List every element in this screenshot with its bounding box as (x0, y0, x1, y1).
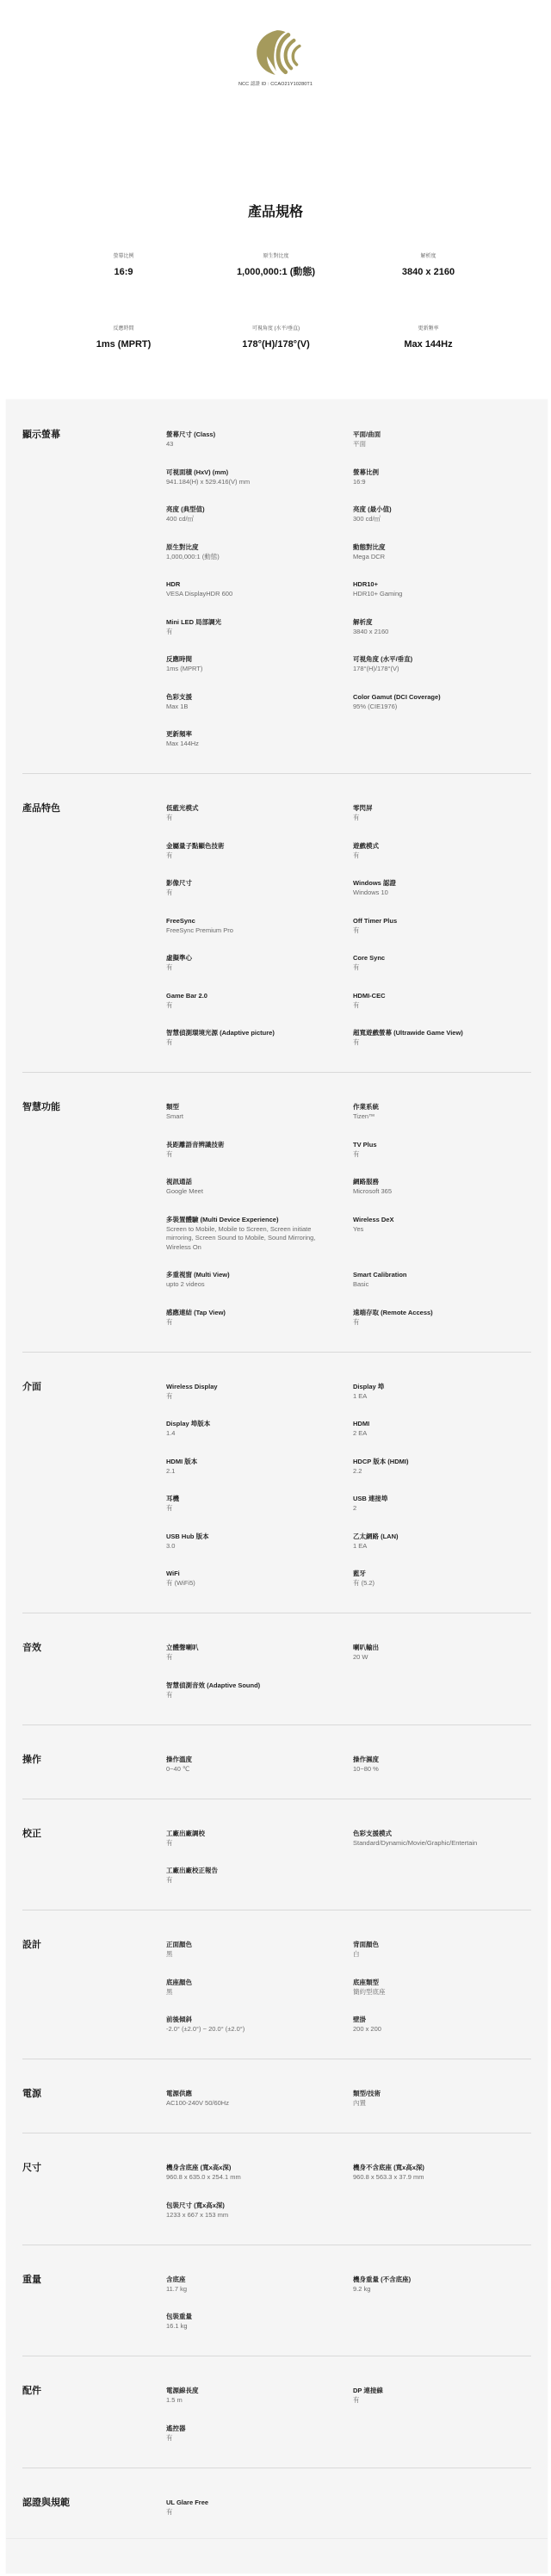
spec-value: 43 (166, 440, 325, 449)
spec-label: 超寬遊戲螢幕 (Ultrawide Game View) (353, 1027, 529, 1038)
section-title: 產品特色 (22, 802, 166, 1065)
spec-value: 1.4 (166, 1429, 325, 1439)
section-title: 操作 (22, 1754, 166, 1792)
spec-item: Display 埠版本1.4 (166, 1418, 353, 1439)
key-spec-value: 3840 x 2160 (352, 266, 505, 278)
spec-value: 有 (353, 1318, 512, 1328)
spec-label: 長距離語音辨識技術 (166, 1139, 353, 1150)
spec-value: 有 (353, 814, 512, 823)
spec-grid: 低藍光模式有 零閃屏有 金屬量子點顯色技術有 遊戲模式有 影像尺寸有 Windo… (166, 802, 529, 1065)
spec-label: Wireless DeX (353, 1214, 529, 1225)
spec-value: 960.8 x 635.0 x 254.1 mm (166, 2173, 325, 2183)
ncc-certification-id: NCC 認證 ID : CCAO21Y10280T1 (0, 81, 551, 88)
section-title: 校正 (22, 1828, 166, 1903)
spec-item: 背面顏色白 (353, 1939, 529, 1960)
section-dimensions: 尺寸 機身含底座 (寬x高x深)960.8 x 635.0 x 254.1 mm… (22, 2133, 531, 2245)
spec-grid: 工廠出廠調校有 色彩支援模式Standard/Dynamic/Movie/Gra… (166, 1828, 529, 1903)
section-design: 設計 正面顏色黑 背面顏色白 底座顏色黑 底座類型簡約型底座 前後傾斜-2.0°… (22, 1910, 531, 2059)
spec-value: 有 (166, 2508, 325, 2517)
spec-value: Screen to Mobile, Mobile to Screen, Scre… (166, 1225, 325, 1253)
spec-item: Wireless DeXYes (353, 1214, 529, 1235)
spec-label: Mini LED 局部調光 (166, 616, 353, 628)
spec-value: 941.184(H) x 529.416(V) mm (166, 478, 325, 487)
spec-value: 黑 (166, 1950, 325, 1960)
key-spec-label: 解析度 (352, 252, 505, 261)
spec-value: 內置 (353, 2099, 512, 2108)
spec-label: 虛擬準心 (166, 952, 353, 963)
key-spec-refresh-rate: 更新頻率 Max 144Hz (352, 325, 505, 350)
spec-item: UL Glare Free有 (166, 2497, 353, 2517)
spec-label: HDR10+ (353, 579, 529, 590)
key-spec-contrast: 原生對比度 1,000,000:1 (動態) (200, 252, 352, 278)
spec-label: 電源供應 (166, 2088, 353, 2099)
spec-item: 喇叭輸出20 W (353, 1642, 529, 1663)
spec-label: 壁掛 (353, 2014, 529, 2025)
spec-item: 色彩支援模式Standard/Dynamic/Movie/Graphic/Ent… (353, 1828, 529, 1848)
spec-value: Basic (353, 1280, 512, 1290)
section-title: 電源 (22, 2088, 166, 2126)
spec-item: 工廠出廠調校有 (166, 1828, 353, 1848)
spec-value: 有 (166, 889, 325, 898)
spec-value: -2.0° (±2.0°) ~ 20.0° (±2.0°) (166, 2025, 325, 2034)
spec-item: Mini LED 局部調光有 (166, 616, 353, 637)
spec-item: TV Plus有 (353, 1139, 529, 1160)
spec-item: 前後傾斜-2.0° (±2.0°) ~ 20.0° (±2.0°) (166, 2014, 353, 2034)
spec-item: 乙太網路 (LAN)1 EA (353, 1531, 529, 1551)
spec-item: HDRVESA DisplayHDR 600 (166, 579, 353, 599)
spec-value: 白 (353, 1950, 512, 1960)
spec-item: FreeSyncFreeSync Premium Pro (166, 915, 353, 936)
spec-item: 機身含底座 (寬x高x深)960.8 x 635.0 x 254.1 mm (166, 2162, 353, 2183)
spec-item: 智慧偵測環境光源 (Adaptive picture)有 (166, 1027, 353, 1048)
spec-value: 3.0 (166, 1542, 325, 1551)
spec-label: WiFi (166, 1568, 353, 1579)
spec-value: 95% (CIE1976) (353, 703, 512, 712)
spec-value: 有 (353, 1038, 512, 1048)
spec-item: 機身不含底座 (寬x高x深)960.8 x 563.3 x 37.9 mm (353, 2162, 529, 2183)
spec-label: 包裝尺寸 (寬x高x深) (166, 2200, 353, 2211)
spec-value: 有 (166, 1504, 325, 1514)
spec-item: HDMI2 EA (353, 1418, 529, 1439)
spec-value: 2 (353, 1504, 512, 1514)
spec-label: 前後傾斜 (166, 2014, 353, 2025)
spec-grid: Wireless Display有 Display 埠1 EA Display … (166, 1381, 529, 1606)
spec-item: Core Sync有 (353, 952, 529, 973)
spec-label: 原生對比度 (166, 542, 353, 553)
spec-item: 網路服務Microsoft 365 (353, 1176, 529, 1197)
spec-value: 200 x 200 (353, 2025, 512, 2034)
spec-value: Mega DCR (353, 553, 512, 562)
spec-item: Wireless Display有 (166, 1381, 353, 1402)
panel-bottom-divider (6, 2538, 548, 2539)
spec-value: 有 (353, 1001, 512, 1011)
spec-label: Core Sync (353, 952, 529, 963)
spec-value: 有 (166, 1691, 325, 1700)
spec-item: 含底座11.7 kg (166, 2274, 353, 2294)
spec-item: Color Gamut (DCI Coverage)95% (CIE1976) (353, 691, 529, 712)
spec-label: Display 埠版本 (166, 1418, 353, 1429)
spec-value: 有 (166, 1392, 325, 1402)
spec-label: 可視角度 (水平/垂直) (353, 653, 529, 665)
spec-label: HDMI-CEC (353, 990, 529, 1001)
spec-value: 2 EA (353, 1429, 512, 1439)
section-title: 音效 (22, 1642, 166, 1717)
spec-item: HDMI-CEC有 (353, 990, 529, 1011)
spec-grid: 螢幕尺寸 (Class)43 平面/曲面平面 可視面積 (HxV) (mm)94… (166, 429, 529, 766)
spec-item: 底座顏色黑 (166, 1977, 353, 1997)
spec-value: 3840 x 2160 (353, 628, 512, 637)
spec-value: Max 144Hz (166, 740, 325, 749)
key-spec-response-time: 反應時間 1ms (MPRT) (47, 325, 200, 350)
spec-value: 有 (WiFi5) (166, 1579, 325, 1588)
spec-label: 亮度 (典型值) (166, 504, 353, 515)
spec-label: 零閃屏 (353, 802, 529, 814)
section-operation: 操作 操作溫度0~40 ℃ 操作濕度10~80 % (22, 1725, 531, 1799)
section-weight: 重量 含底座11.7 kg 機身重量 (不含底座)9.2 kg 包裝重量16.1… (22, 2245, 531, 2356)
spec-value: 9.2 kg (353, 2285, 512, 2294)
key-spec-viewing-angle: 可視角度 (水平/垂直) 178°(H)/178°(V) (200, 325, 352, 350)
spec-item: USB 連接埠2 (353, 1493, 529, 1514)
spec-value: HDR10+ Gaming (353, 590, 512, 599)
spec-label: 影像尺寸 (166, 877, 353, 889)
spec-item: 作業系統Tizen™ (353, 1101, 529, 1122)
key-spec-value: Max 144Hz (352, 338, 505, 350)
spec-value: 16:9 (353, 478, 512, 487)
ncc-logo-icon (255, 29, 301, 76)
spec-value: 10~80 % (353, 1765, 512, 1774)
spec-value: VESA DisplayHDR 600 (166, 590, 325, 599)
spec-item: 機身重量 (不含底座)9.2 kg (353, 2274, 529, 2294)
spec-grid: 電源線長度1.5 m DP 連接線有 遙控器有 (166, 2385, 529, 2460)
spec-item: 金屬量子點顯色技術有 (166, 840, 353, 861)
spec-label: 類型/技術 (353, 2088, 529, 2099)
spec-item: 操作濕度10~80 % (353, 1754, 529, 1774)
spec-value: 有 (166, 1150, 325, 1160)
spec-item: 多重視窗 (Multi View)upto 2 videos (166, 1269, 353, 1290)
key-spec-resolution: 解析度 3840 x 2160 (352, 252, 505, 278)
spec-label: 包裝重量 (166, 2311, 353, 2322)
spec-label: Wireless Display (166, 1381, 353, 1392)
spec-label: 螢幕尺寸 (Class) (166, 429, 353, 440)
spec-label: 反應時間 (166, 653, 353, 665)
spec-value: 16.1 kg (166, 2322, 325, 2331)
section-audio: 音效 立體聲喇叭有 喇叭輸出20 W 智慧偵測音效 (Adaptive Soun… (22, 1613, 531, 1725)
spec-grid: 正面顏色黑 背面顏色白 底座顏色黑 底座類型簡約型底座 前後傾斜-2.0° (±… (166, 1939, 529, 2052)
spec-value: 1,000,000:1 (動態) (166, 553, 325, 562)
key-spec-value: 178°(H)/178°(V) (200, 338, 352, 350)
spec-label: 更新頻率 (166, 728, 353, 740)
spec-item: 影像尺寸有 (166, 877, 353, 898)
spec-grid: 電源供應AC100-240V 50/60Hz 類型/技術內置 (166, 2088, 529, 2126)
key-specs: 螢幕比例 16:9 原生對比度 1,000,000:1 (動態) 解析度 384… (47, 252, 505, 350)
spec-item: 包裝尺寸 (寬x高x深)1233 x 667 x 153 mm (166, 2200, 353, 2220)
spec-item: USB Hub 版本3.0 (166, 1531, 353, 1551)
spec-item: 零閃屏有 (353, 802, 529, 823)
spec-grid: 操作溫度0~40 ℃ 操作濕度10~80 % (166, 1754, 529, 1792)
key-spec-value: 1,000,000:1 (動態) (200, 266, 352, 278)
spec-panel: 顯示螢幕 螢幕尺寸 (Class)43 平面/曲面平面 可視面積 (HxV) (… (6, 399, 548, 2573)
spec-value: 平面 (353, 440, 512, 449)
spec-item: 平面/曲面平面 (353, 429, 529, 449)
spec-label: 平面/曲面 (353, 429, 529, 440)
section-accessories: 配件 電源線長度1.5 m DP 連接線有 遙控器有 (22, 2356, 531, 2468)
spec-label: Color Gamut (DCI Coverage) (353, 691, 529, 703)
spec-label: UL Glare Free (166, 2497, 353, 2508)
spec-item: 底座類型簡約型底座 (353, 1977, 529, 1997)
spec-value: 有 (166, 1318, 325, 1328)
section-certification: 認證與規範 UL Glare Free有 (22, 2468, 531, 2542)
spec-label: Display 埠 (353, 1381, 529, 1392)
spec-item: Off Timer Plus有 (353, 915, 529, 936)
spec-item: 低藍光模式有 (166, 802, 353, 823)
spec-label: 耳機 (166, 1493, 353, 1504)
spec-label: HDMI 版本 (166, 1456, 353, 1467)
spec-label: HDR (166, 579, 353, 590)
spec-label: TV Plus (353, 1139, 529, 1150)
section-display: 顯示螢幕 螢幕尺寸 (Class)43 平面/曲面平面 可視面積 (HxV) (… (22, 399, 531, 773)
spec-item: 可視角度 (水平/垂直)178°(H)/178°(V) (353, 653, 529, 674)
spec-item: HDMI 版本2.1 (166, 1456, 353, 1477)
spec-value: 2.1 (166, 1467, 325, 1477)
spec-label: 正面顏色 (166, 1939, 353, 1950)
spec-value: Windows 10 (353, 889, 512, 898)
spec-value: 簡約型底座 (353, 1988, 512, 1997)
spec-value: 有 (353, 963, 512, 973)
spec-label: 網路服務 (353, 1176, 529, 1187)
section-title: 配件 (22, 2385, 166, 2460)
spec-value: 有 (166, 814, 325, 823)
spec-value: 20 W (353, 1653, 512, 1663)
section-title: 尺寸 (22, 2162, 166, 2237)
spec-value: 有 (166, 628, 325, 637)
spec-value: AC100-240V 50/60Hz (166, 2099, 325, 2108)
spec-value: 178°(H)/178°(V) (353, 665, 512, 674)
spec-label: 多裝置體驗 (Multi Device Experience) (166, 1214, 353, 1225)
spec-value: 1233 x 667 x 153 mm (166, 2211, 325, 2220)
spec-item: Display 埠1 EA (353, 1381, 529, 1402)
spec-label: 色彩支援模式 (353, 1828, 529, 1839)
spec-label: 遠端存取 (Remote Access) (353, 1307, 529, 1318)
section-title: 認證與規範 (22, 2497, 166, 2535)
spec-label: 立體聲喇叭 (166, 1642, 353, 1653)
spec-value: 有 (353, 1150, 512, 1160)
section-title: 重量 (22, 2274, 166, 2349)
spec-item: WiFi有 (WiFi5) (166, 1568, 353, 1588)
spec-label: 亮度 (最小值) (353, 504, 529, 515)
spec-item: 遙控器有 (166, 2423, 353, 2443)
spec-item: 虛擬準心有 (166, 952, 353, 973)
spec-item: 包裝重量16.1 kg (166, 2311, 353, 2331)
spec-label: 可視面積 (HxV) (mm) (166, 467, 353, 478)
spec-value: Tizen™ (353, 1112, 512, 1122)
spec-item: 藍牙有 (5.2) (353, 1568, 529, 1588)
spec-value: 1ms (MPRT) (166, 665, 325, 674)
spec-label: 遙控器 (166, 2423, 353, 2434)
key-spec-label: 更新頻率 (352, 325, 505, 333)
spec-item: 亮度 (最小值)300 cd/㎡ (353, 504, 529, 524)
spec-label: Windows 認證 (353, 877, 529, 889)
spec-label: 金屬量子點顯色技術 (166, 840, 353, 851)
spec-value: 有 (166, 1876, 325, 1886)
spec-label: HDCP 版本 (HDMI) (353, 1456, 529, 1467)
spec-value: Max 1B (166, 703, 325, 712)
spec-value: 1 EA (353, 1542, 512, 1551)
spec-value: 11.7 kg (166, 2285, 325, 2294)
spec-item: 類型/技術內置 (353, 2088, 529, 2108)
spec-grid: 類型Smart 作業系統Tizen™ 長距離語音辨識技術有 TV Plus有 視… (166, 1101, 529, 1344)
spec-item: 電源線長度1.5 m (166, 2385, 353, 2406)
section-title: 介面 (22, 1381, 166, 1606)
spec-item: 長距離語音辨識技術有 (166, 1139, 353, 1160)
spec-value: FreeSync Premium Pro (166, 926, 325, 936)
spec-value: Standard/Dynamic/Movie/Graphic/Entertain (353, 1839, 529, 1848)
spec-label: 底座顏色 (166, 1977, 353, 1988)
spec-label: 機身重量 (不含底座) (353, 2274, 529, 2285)
spec-item: 立體聲喇叭有 (166, 1642, 353, 1663)
spec-value: 2.2 (353, 1467, 512, 1477)
spec-value: 有 (353, 2396, 512, 2406)
spec-item: 更新頻率Max 144Hz (166, 728, 353, 749)
spec-label: 視訊通話 (166, 1176, 353, 1187)
spec-value: 960.8 x 563.3 x 37.9 mm (353, 2173, 512, 2183)
spec-label: 機身不含底座 (寬x高x深) (353, 2162, 529, 2173)
spec-label: 動態對比度 (353, 542, 529, 553)
spec-value: 300 cd/㎡ (353, 515, 512, 524)
spec-value: 0~40 ℃ (166, 1765, 325, 1774)
spec-item: 解析度3840 x 2160 (353, 616, 529, 637)
spec-item: 動態對比度Mega DCR (353, 542, 529, 562)
spec-value: 1 EA (353, 1392, 512, 1402)
spec-label: 機身含底座 (寬x高x深) (166, 2162, 353, 2173)
spec-value: 有 (166, 1038, 325, 1048)
spec-item: 亮度 (典型值)400 cd/㎡ (166, 504, 353, 524)
spec-item: 耳機有 (166, 1493, 353, 1514)
spec-item: 遠端存取 (Remote Access)有 (353, 1307, 529, 1328)
spec-label: 智慧偵測音效 (Adaptive Sound) (166, 1680, 353, 1691)
spec-label: 電源線長度 (166, 2385, 353, 2396)
spec-value: 有 (166, 1839, 325, 1848)
spec-value: 有 (166, 963, 325, 973)
spec-label: 感應連結 (Tap View) (166, 1307, 353, 1318)
spec-value: Microsoft 365 (353, 1187, 512, 1197)
spec-label: 操作濕度 (353, 1754, 529, 1765)
spec-value: 有 (166, 851, 325, 861)
spec-label: 類型 (166, 1101, 353, 1112)
spec-label: 作業系統 (353, 1101, 529, 1112)
spec-label: DP 連接線 (353, 2385, 529, 2396)
key-spec-label: 反應時間 (47, 325, 200, 333)
spec-item: 操作溫度0~40 ℃ (166, 1754, 353, 1774)
spec-item: 多裝置體驗 (Multi Device Experience)Screen to… (166, 1214, 353, 1253)
key-spec-aspect-ratio: 螢幕比例 16:9 (47, 252, 200, 278)
spec-grid: 立體聲喇叭有 喇叭輸出20 W 智慧偵測音效 (Adaptive Sound)有 (166, 1642, 529, 1717)
spec-value: Google Meet (166, 1187, 325, 1197)
key-spec-value: 16:9 (47, 266, 200, 278)
spec-label: 背面顏色 (353, 1939, 529, 1950)
spec-item: Windows 認證Windows 10 (353, 877, 529, 898)
section-title: 顯示螢幕 (22, 429, 166, 766)
spec-label: 多重視窗 (Multi View) (166, 1269, 353, 1280)
page-title: 產品規格 (0, 203, 551, 222)
spec-item: HDCP 版本 (HDMI)2.2 (353, 1456, 529, 1477)
spec-value: 有 (5.2) (353, 1579, 512, 1588)
spec-label: Smart Calibration (353, 1269, 529, 1280)
spec-value: 黑 (166, 1988, 325, 1997)
spec-item: 電源供應AC100-240V 50/60Hz (166, 2088, 353, 2108)
spec-grid: UL Glare Free有 (166, 2497, 529, 2535)
spec-label: FreeSync (166, 915, 353, 926)
spec-label: 工廠出廠調校 (166, 1828, 353, 1839)
key-spec-label: 螢幕比例 (47, 252, 200, 261)
key-spec-label: 可視角度 (水平/垂直) (200, 325, 352, 333)
spec-item: DP 連接線有 (353, 2385, 529, 2406)
spec-value: 有 (353, 851, 512, 861)
spec-value: 有 (166, 1001, 325, 1011)
spec-label: 遊戲模式 (353, 840, 529, 851)
spec-item: HDR10+HDR10+ Gaming (353, 579, 529, 599)
key-spec-value: 1ms (MPRT) (47, 338, 200, 350)
spec-value: upto 2 videos (166, 1280, 325, 1290)
spec-value: 有 (166, 2434, 325, 2443)
section-features: 產品特色 低藍光模式有 零閃屏有 金屬量子點顯色技術有 遊戲模式有 影像尺寸有 … (22, 773, 531, 1072)
spec-item: 反應時間1ms (MPRT) (166, 653, 353, 674)
section-smart-features: 智慧功能 類型Smart 作業系統Tizen™ 長距離語音辨識技術有 TV Pl… (22, 1072, 531, 1352)
spec-item: 正面顏色黑 (166, 1939, 353, 1960)
spec-label: 藍牙 (353, 1568, 529, 1579)
spec-value: 有 (353, 926, 512, 936)
spec-item: 感應連結 (Tap View)有 (166, 1307, 353, 1328)
spec-value: 400 cd/㎡ (166, 515, 325, 524)
section-interface: 介面 Wireless Display有 Display 埠1 EA Displ… (22, 1352, 531, 1613)
spec-label: 操作溫度 (166, 1754, 353, 1765)
spec-value: Yes (353, 1225, 512, 1235)
spec-item: 螢幕尺寸 (Class)43 (166, 429, 353, 449)
spec-label: 含底座 (166, 2274, 353, 2285)
section-title: 智慧功能 (22, 1101, 166, 1344)
spec-label: USB Hub 版本 (166, 1531, 353, 1542)
spec-item: 壁掛200 x 200 (353, 2014, 529, 2034)
section-title: 設計 (22, 1939, 166, 2052)
spec-label: Off Timer Plus (353, 915, 529, 926)
spec-label: 乙太網路 (LAN) (353, 1531, 529, 1542)
spec-label: 解析度 (353, 616, 529, 628)
spec-item: Smart CalibrationBasic (353, 1269, 529, 1290)
spec-label: 智慧偵測環境光源 (Adaptive picture) (166, 1027, 353, 1038)
spec-item: 遊戲模式有 (353, 840, 529, 861)
spec-label: HDMI (353, 1418, 529, 1429)
spec-item: 工廠出廠校正報告有 (166, 1865, 353, 1886)
section-power: 電源 電源供應AC100-240V 50/60Hz 類型/技術內置 (22, 2059, 531, 2133)
spec-value: 有 (166, 1653, 325, 1663)
spec-value: 1.5 m (166, 2396, 325, 2406)
spec-label: Game Bar 2.0 (166, 990, 353, 1001)
spec-grid: 機身含底座 (寬x高x深)960.8 x 635.0 x 254.1 mm 機身… (166, 2162, 529, 2237)
spec-item: 色彩支援Max 1B (166, 691, 353, 712)
spec-item: 類型Smart (166, 1101, 353, 1122)
spec-item: 螢幕比例16:9 (353, 467, 529, 487)
key-spec-label: 原生對比度 (200, 252, 352, 261)
spec-label: 工廠出廠校正報告 (166, 1865, 353, 1876)
spec-item: 視訊通話Google Meet (166, 1176, 353, 1197)
spec-label: 低藍光模式 (166, 802, 353, 814)
spec-item: 原生對比度1,000,000:1 (動態) (166, 542, 353, 562)
spec-item: Game Bar 2.0有 (166, 990, 353, 1011)
spec-item: 智慧偵測音效 (Adaptive Sound)有 (166, 1680, 353, 1700)
spec-item: 超寬遊戲螢幕 (Ultrawide Game View)有 (353, 1027, 529, 1048)
spec-label: 色彩支援 (166, 691, 353, 703)
section-calibration: 校正 工廠出廠調校有 色彩支援模式Standard/Dynamic/Movie/… (22, 1799, 531, 1910)
spec-label: USB 連接埠 (353, 1493, 529, 1504)
